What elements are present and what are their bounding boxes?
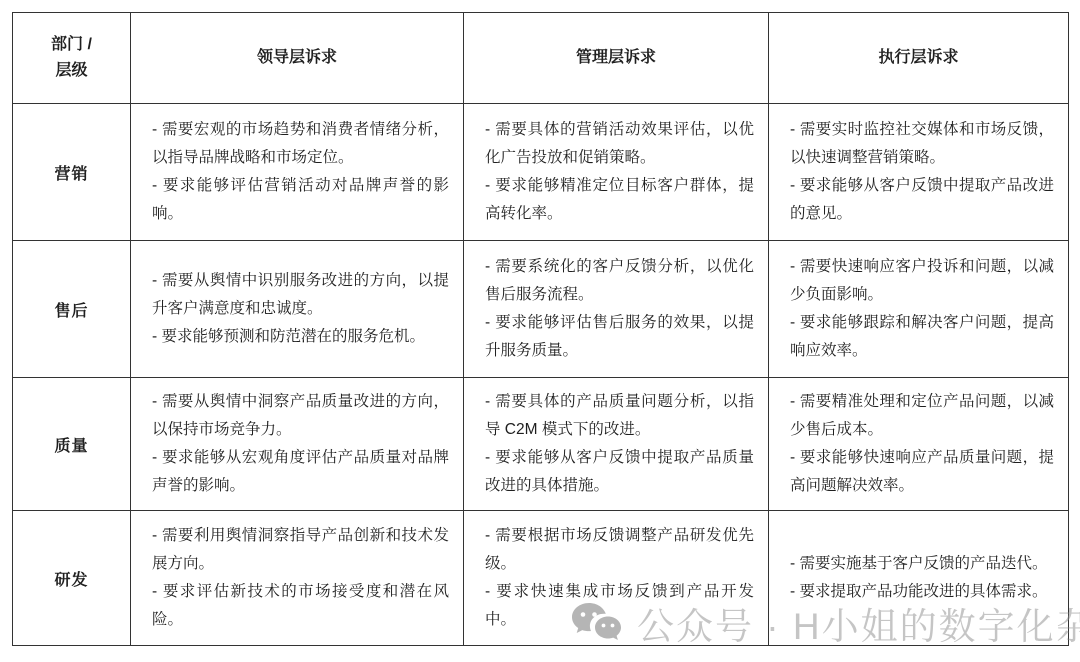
cell-quality-management: - 需要具体的产品质量问题分析，以指导 C2M 模式下的改进。 - 要求能够从客… xyxy=(464,378,769,511)
bullet: - 需要实时监控社交媒体和市场反馈，以快速调整营销策略。 xyxy=(790,116,1054,172)
header-leadership: 领导层诉求 xyxy=(131,13,464,104)
header-execution: 执行层诉求 xyxy=(769,13,1069,104)
header-department-line2: 层级 xyxy=(14,58,129,84)
table-row-aftersales: 售后 - 需要从舆情中识别服务改进的方向，以提升客户满意度和忠诚度。 - 要求能… xyxy=(13,241,1069,378)
cell-aftersales-execution: - 需要快速响应客户投诉和问题，以减少负面影响。 - 要求能够跟踪和解决客户问题… xyxy=(769,241,1069,378)
cell-quality-leadership: - 需要从舆情中洞察产品质量改进的方向，以保持市场竞争力。 - 要求能够从宏观角… xyxy=(131,378,464,511)
bullet: - 要求能够快速响应产品质量问题，提高问题解决效率。 xyxy=(790,444,1054,500)
page: 部门 / 层级 领导层诉求 管理层诉求 执行层诉求 营销 - 需要宏观的市场趋势… xyxy=(0,0,1080,662)
demands-table: 部门 / 层级 领导层诉求 管理层诉求 执行层诉求 营销 - 需要宏观的市场趋势… xyxy=(12,12,1069,646)
bullet: - 要求评估新技术的市场接受度和潜在风险。 xyxy=(152,578,449,634)
bullet: - 需要从舆情中识别服务改进的方向，以提升客户满意度和忠诚度。 xyxy=(152,267,449,323)
header-management: 管理层诉求 xyxy=(464,13,769,104)
cell-quality-execution: - 需要精准处理和定位产品问题，以减少售后成本。 - 要求能够快速响应产品质量问… xyxy=(769,378,1069,511)
table-row-rnd: 研发 - 需要利用舆情洞察指导产品创新和技术发展方向。 - 要求评估新技术的市场… xyxy=(13,511,1069,646)
header-department-line1: 部门 / xyxy=(14,32,129,58)
bullet: - 需要根据市场反馈调整产品研发优先级。 xyxy=(485,522,754,578)
row-label-quality: 质量 xyxy=(13,378,131,511)
bullet: - 需要具体的产品质量问题分析，以指导 C2M 模式下的改进。 xyxy=(485,388,754,444)
cell-marketing-execution: - 需要实时监控社交媒体和市场反馈，以快速调整营销策略。 - 要求能够从客户反馈… xyxy=(769,104,1069,241)
bullet: - 要求能够从宏观角度评估产品质量对品牌声誉的影响。 xyxy=(152,444,449,500)
bullet: - 需要系统化的客户反馈分析，以优化售后服务流程。 xyxy=(485,253,754,309)
table-row-quality: 质量 - 需要从舆情中洞察产品质量改进的方向，以保持市场竞争力。 - 要求能够从… xyxy=(13,378,1069,511)
cell-aftersales-management: - 需要系统化的客户反馈分析，以优化售后服务流程。 - 要求能够评估售后服务的效… xyxy=(464,241,769,378)
bullet: - 要求提取产品功能改进的具体需求。 xyxy=(790,578,1054,606)
bullet: - 要求能够精准定位目标客户群体，提高转化率。 xyxy=(485,172,754,228)
bullet: - 需要精准处理和定位产品问题，以减少售后成本。 xyxy=(790,388,1054,444)
cell-aftersales-leadership: - 需要从舆情中识别服务改进的方向，以提升客户满意度和忠诚度。 - 要求能够预测… xyxy=(131,241,464,378)
bullet: - 需要从舆情中洞察产品质量改进的方向，以保持市场竞争力。 xyxy=(152,388,449,444)
table-row-marketing: 营销 - 需要宏观的市场趋势和消费者情绪分析，以指导品牌战略和市场定位。 - 要… xyxy=(13,104,1069,241)
bullet: - 需要宏观的市场趋势和消费者情绪分析，以指导品牌战略和市场定位。 xyxy=(152,116,449,172)
cell-marketing-management: - 需要具体的营销活动效果评估，以优化广告投放和促销策略。 - 要求能够精准定位… xyxy=(464,104,769,241)
bullet: - 要求能够从客户反馈中提取产品质量改进的具体措施。 xyxy=(485,444,754,500)
row-label-aftersales: 售后 xyxy=(13,241,131,378)
row-label-marketing: 营销 xyxy=(13,104,131,241)
bullet: - 需要快速响应客户投诉和问题，以减少负面影响。 xyxy=(790,253,1054,309)
bullet: - 要求能够从客户反馈中提取产品改进的意见。 xyxy=(790,172,1054,228)
bullet: - 需要实施基于客户反馈的产品迭代。 xyxy=(790,550,1054,578)
bullet: - 要求能够评估售后服务的效果，以提升服务质量。 xyxy=(485,309,754,365)
header-department-level: 部门 / 层级 xyxy=(13,13,131,104)
bullet: - 需要利用舆情洞察指导产品创新和技术发展方向。 xyxy=(152,522,449,578)
bullet: - 要求快速集成市场反馈到产品开发中。 xyxy=(485,578,754,634)
bullet: - 要求能够评估营销活动对品牌声誉的影响。 xyxy=(152,172,449,228)
bullet: - 需要具体的营销活动效果评估，以优化广告投放和促销策略。 xyxy=(485,116,754,172)
cell-rnd-management: - 需要根据市场反馈调整产品研发优先级。 - 要求快速集成市场反馈到产品开发中。 xyxy=(464,511,769,646)
bullet: - 要求能够跟踪和解决客户问题，提高响应效率。 xyxy=(790,309,1054,365)
cell-rnd-execution: - 需要实施基于客户反馈的产品迭代。 - 要求提取产品功能改进的具体需求。 xyxy=(769,511,1069,646)
table-header-row: 部门 / 层级 领导层诉求 管理层诉求 执行层诉求 xyxy=(13,13,1069,104)
cell-rnd-leadership: - 需要利用舆情洞察指导产品创新和技术发展方向。 - 要求评估新技术的市场接受度… xyxy=(131,511,464,646)
row-label-rnd: 研发 xyxy=(13,511,131,646)
cell-marketing-leadership: - 需要宏观的市场趋势和消费者情绪分析，以指导品牌战略和市场定位。 - 要求能够… xyxy=(131,104,464,241)
bullet: - 要求能够预测和防范潜在的服务危机。 xyxy=(152,323,449,351)
